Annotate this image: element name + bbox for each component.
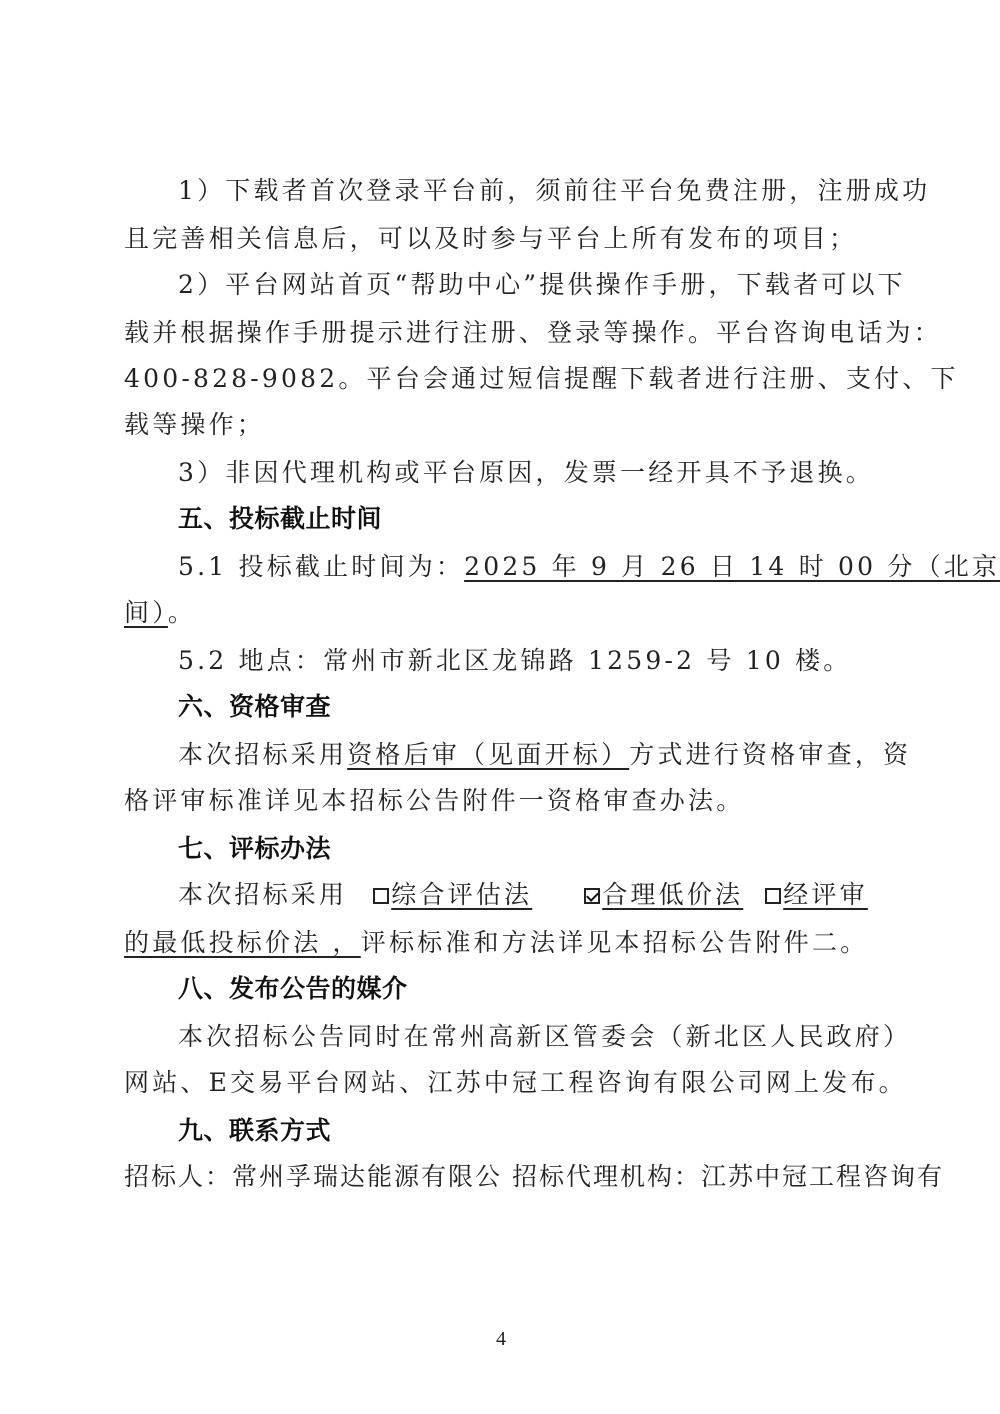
evaluation-options: 综合评估法合理低价法经评审: [347, 880, 868, 909]
text: 本次招标采用: [178, 740, 347, 769]
qualification-line: 本次招标采用资格后审（见面开标）方式进行资格审查，资: [178, 740, 911, 770]
deadline-value: 2025 年 9 月 26 日 14 时 00 分（北京时: [464, 552, 1000, 581]
paragraph-line: 本次招标公告同时在常州高新区管委会（新北区人民政府）: [178, 1022, 911, 1052]
text: 评标标准和方法详见本招标公告附件二。: [361, 928, 869, 957]
checkbox-icon[interactable]: [765, 888, 781, 904]
paragraph-line: 2）平台网站首页“帮助中心”提供操作手册，下载者可以下: [178, 270, 906, 300]
section-heading-5: 五、投标截止时间: [178, 504, 382, 534]
qualification-method: 资格后审（见面开标）: [347, 740, 629, 769]
deadline-line-cont: 间）。: [124, 598, 196, 628]
deadline-value-cont: 间）: [124, 598, 168, 627]
paragraph-line: 格评审标准详见本招标公告附件一资格审查办法。: [124, 786, 744, 816]
option-label: 合理低价法: [602, 880, 743, 909]
paragraph-line: 载并根据操作手册提示进行注册、登录等操作。平台咨询电话为：: [124, 318, 942, 348]
paragraph-line: 且完善相关信息后，可以及时参与平台上所有发布的项目；: [124, 224, 857, 254]
paragraph-line: 3）非因代理机构或平台原因，发票一经开具不予退换。: [178, 458, 874, 488]
checkbox-checked-icon[interactable]: [584, 888, 600, 904]
option-label: 综合评估法: [391, 880, 532, 909]
checkbox-icon[interactable]: [373, 888, 389, 904]
section-heading-6: 六、资格审查: [178, 692, 331, 722]
paragraph-line: 400-828-9082。平台会通过短信提醒下载者进行注册、支付、下: [124, 364, 959, 394]
option-label: 经评审: [783, 880, 868, 909]
evaluation-line: 本次招标采用综合评估法合理低价法经评审: [178, 880, 868, 910]
location-line: 5.2 地点：常州市新北区龙锦路 1259-2 号 10 楼。: [178, 646, 851, 676]
section-heading-9: 九、联系方式: [178, 1116, 331, 1146]
option-label: 的最低投标价法 ，: [124, 928, 361, 957]
section-heading-8: 八、发布公告的媒介: [178, 974, 408, 1004]
contact-line: 招标人：常州孚瑞达能源有限公 招标代理机构：江苏中冠工程咨询有: [124, 1162, 944, 1192]
text: 方式进行资格审查，资: [629, 740, 911, 769]
paragraph-line: 载等操作；: [124, 410, 265, 440]
paragraph-line: 网站、E交易平台网站、江苏中冠工程咨询有限公司网上发布。: [124, 1068, 907, 1098]
punctuation: 。: [168, 598, 196, 627]
section-heading-7: 七、评标办法: [178, 834, 331, 864]
paragraph-line: 1）下载者首次登录平台前，须前往平台免费注册，注册成功: [178, 176, 930, 206]
evaluation-line-cont: 的最低投标价法 ，评标标准和方法详见本招标公告附件二。: [124, 928, 868, 958]
text: 本次招标采用: [178, 880, 347, 909]
deadline-line: 5.1 投标截止时间为：2025 年 9 月 26 日 14 时 00 分（北京…: [178, 552, 1000, 582]
page-number: 4: [496, 1328, 506, 1351]
deadline-label: 5.1 投标截止时间为：: [178, 552, 464, 581]
